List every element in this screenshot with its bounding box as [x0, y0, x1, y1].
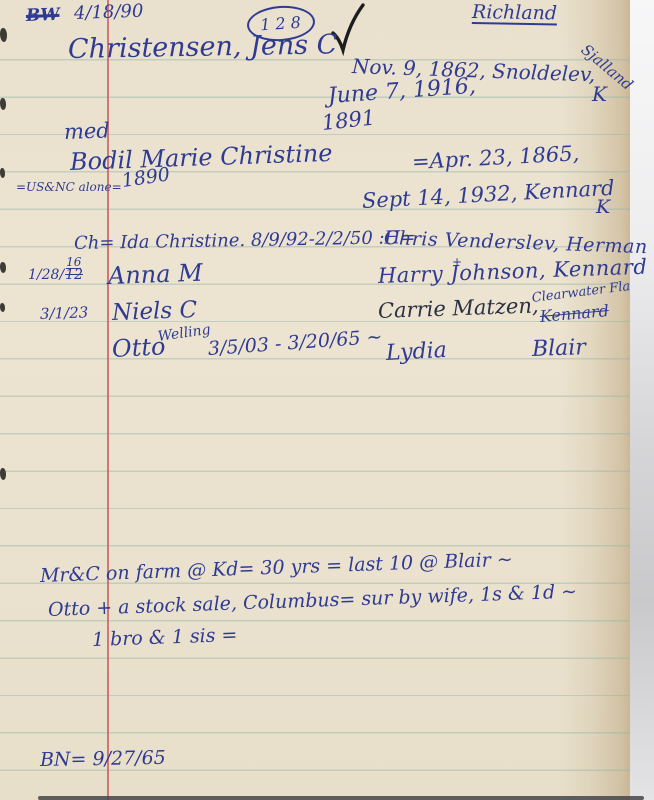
paper-damage-speck	[0, 168, 5, 178]
note-siblings-line: 1 bro & 1 sis =	[92, 626, 238, 650]
paper-damage-speck	[0, 28, 7, 42]
subject-region-code: K	[592, 84, 607, 104]
child-anna-date-struck: 12	[65, 267, 83, 283]
spouse-note-label: =US&NC alone=	[16, 181, 122, 193]
child-anna-name: Anna M	[108, 261, 204, 288]
scan-bottom-edge	[38, 796, 644, 800]
child-anna-date-prefix: 1/28/	[28, 267, 64, 283]
paper-damage-speck	[0, 468, 6, 480]
footer-reference: BN= 9/27/65	[40, 749, 166, 770]
child-anna-birthdate: 1/28/1612	[28, 268, 83, 282]
child-niels-spouse: Carrie Matzen,	[378, 295, 539, 322]
child-niels-name: Niels C	[112, 299, 198, 325]
filing-initials: BW	[26, 7, 60, 25]
child-otto-residence: Blair	[532, 337, 587, 361]
child-anna-date-corrected: 16	[66, 256, 81, 269]
location-heading: Richland	[472, 3, 557, 23]
paper-damage-speck	[0, 98, 6, 110]
filing-date: 4/18/90	[74, 3, 144, 23]
child-niels-birthdate: 3/1/23	[40, 305, 89, 322]
paper-damage-speck	[0, 262, 6, 273]
spouse-death-code: K	[596, 198, 610, 217]
subject-name: Christensen, Jens C	[68, 31, 338, 63]
child-otto-spouse: Lydia	[385, 340, 447, 365]
subject-immigration-year: 1891	[321, 107, 376, 133]
med-note: med	[64, 120, 111, 143]
paper-damage-speck	[0, 303, 5, 312]
scanned-ledger-page: BW 4/18/90 128 Richland Christensen, Jen…	[0, 0, 654, 800]
